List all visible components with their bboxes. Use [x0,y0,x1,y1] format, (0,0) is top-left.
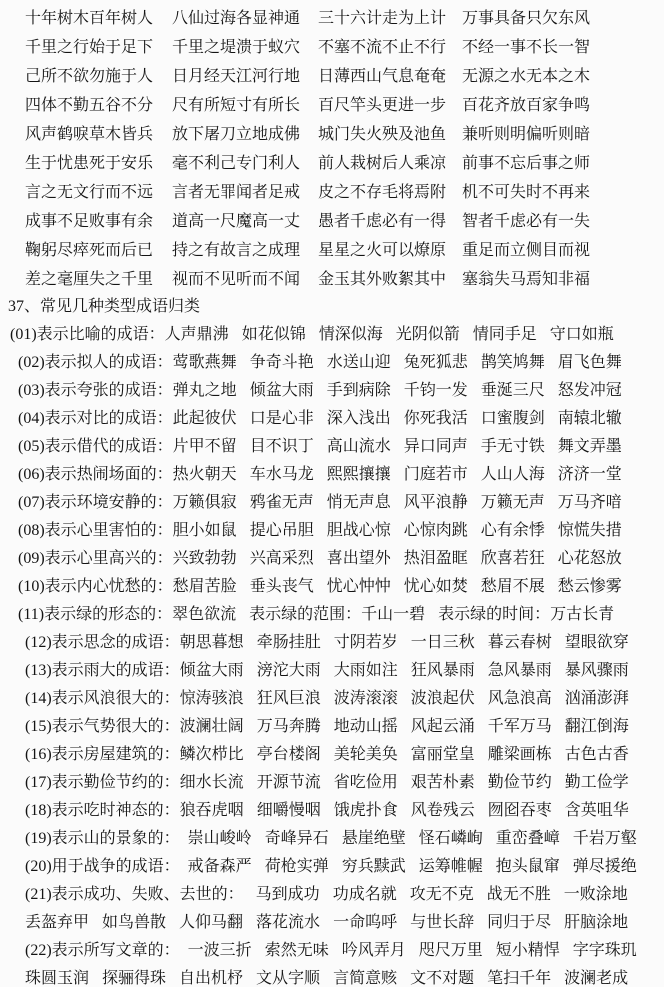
idiom: 南辕北辙 [558,410,622,427]
idiom: 胆战心惊 [327,522,391,539]
category-label: (03)表示夸张的成语： [18,382,173,399]
idiom: 口是心非 [250,410,314,427]
idiom: 车水马龙 [250,466,314,483]
idiom: 人仰马翻 [179,914,243,931]
idiom: 一命呜呼 [333,914,397,931]
proverb-cell: 尺有所短寸有所长 [172,91,318,120]
category-label: (13)表示雨大的成语： [25,662,180,679]
idiom-line: (14)表示风浪很大的：惊涛骇浪狂风巨浪波涛滚滚波浪起伏风急浪高汹涌澎湃 [0,685,664,713]
idiom: 马到成功 [256,886,320,903]
proverb-cell: 万事具备只欠东风 [462,4,664,33]
idiom: 愁眉苦脸 [173,578,237,595]
idiom: 一波三折 [188,942,252,959]
proverb-row: 生于忧患死于安乐毫不利己专门利人前人栽树后人乘凉前事不忘后事之师 [25,149,664,178]
idiom: 吟风弄月 [342,942,406,959]
idiom: 亭台楼阁 [257,746,321,763]
idiom: 悄无声息 [327,494,391,511]
proverb-cell: 机不可失时不再来 [462,178,664,207]
idiom: 与世长辞 [410,914,474,931]
category-label: (19)表示山的景象的： [25,830,188,847]
proverb-grid: 十年树木百年树人八仙过海各显神通三十六计走为上计万事具备只欠东风千里之行始于足下… [0,0,664,294]
proverb-row: 差之毫厘失之千里视而不见听而不闻金玉其外败絮其中塞翁失马焉知非福 [25,265,664,294]
idiom: 垂涎三尺 [481,382,545,399]
idiom-line: (06)表示热闹场面的：热火朝天车水马龙熙熙攘攘门庭若市人山人海济济一堂 [0,461,664,489]
idiom-line: (19)表示山的景象的： 崇山峻岭奇峰异石悬崖绝壁怪石嶙峋重峦叠嶂千岩万壑 [0,825,664,853]
idiom: 热火朝天 [173,466,237,483]
idiom-line: (13)表示雨大的成语：倾盆大雨滂沱大雨大雨如注狂风暴雨急风暴雨暴风骤雨 [0,657,664,685]
proverb-cell: 智者千虑必有一失 [462,207,664,236]
idiom: 波澜壮阔 [180,718,244,735]
proverb-cell: 日月经天江河行地 [172,62,318,91]
idiom: 片甲不留 [173,438,237,455]
proverb-cell: 毫不利己专门利人 [172,149,318,178]
idiom: 眉飞色舞 [558,354,622,371]
idiom: 千钧一发 [404,382,468,399]
proverb-cell: 放下屠刀立地成佛 [172,120,318,149]
proverb-cell: 鞠躬尽瘁死而后已 [25,236,172,265]
idiom: 开源节流 [257,774,321,791]
idiom: 暮云春树 [488,634,552,651]
idiom: 鸦雀无声 [250,494,314,511]
idiom: 战无不胜 [487,886,551,903]
idiom: 波澜老成 [564,970,628,987]
category-label: (10)表示内心忧愁的： [18,578,173,595]
proverb-row: 风声鹤唳草木皆兵放下屠刀立地成佛城门失火殃及池鱼兼听则明偏听则暗 [25,120,664,149]
idiom: 笔扫千年 [487,970,551,987]
idiom-line: (22)表示所写文章的： 一波三折索然无味吟风弄月咫尺万里短小精悍字字珠玑 [0,937,664,965]
idiom: 字字珠玑 [573,942,637,959]
idiom: 崇山峻岭 [188,830,252,847]
idiom: 文从字顺 [256,970,320,987]
idiom: 省吃俭用 [334,774,398,791]
idiom: 风平浪静 [404,494,468,511]
idiom: 古色古香 [565,746,629,763]
proverb-cell: 言之无文行而不远 [25,178,172,207]
idiom: 荷枪实弹 [265,858,329,875]
category-label: (12)表示思念的成语： [25,634,180,651]
idiom: 门庭若市 [404,466,468,483]
idiom: 万马奔腾 [257,718,321,735]
proverb-cell: 十年树木百年树人 [25,4,172,33]
category-label: (22)表示所写文章的： [25,942,188,959]
idiom: 细嚼慢咽 [257,802,321,819]
idiom-line: (17)表示勤俭节约的：细水长流开源节流省吃俭用艰苦朴素勤俭节约勤工俭学 [0,769,664,797]
proverb-cell: 己所不欲勿施于人 [25,62,172,91]
idiom: 珠圆玉润 [25,970,89,987]
idiom: 雕梁画栋 [488,746,552,763]
category-label: (16)表示房屋建筑的： [25,746,180,763]
idiom: 弹尽援绝 [573,858,637,875]
idiom: 愁眉不展 [481,578,545,595]
idiom: 心花怒放 [558,550,622,567]
proverb-cell: 百尺竿头更进一步 [318,91,462,120]
section-heading: 37、常见几种类型成语归类 [0,294,664,320]
idiom: 勤俭节约 [488,774,552,791]
idiom: 一日三秋 [411,634,475,651]
idiom: 千岩万壑 [573,830,637,847]
proverb-cell: 星星之火可以燎原 [318,236,462,265]
idiom: 悬崖绝壁 [342,830,406,847]
idiom: 提心吊胆 [250,522,314,539]
idiom: 异口同声 [404,438,468,455]
idiom: 风急浪高 [488,690,552,707]
idiom: 人山人海 [481,466,545,483]
proverb-cell: 视而不见听而不闻 [172,265,318,294]
proverb-cell: 日薄西山气息奄奄 [318,62,462,91]
idiom: 富丽堂皇 [411,746,475,763]
proverb-row: 十年树木百年树人八仙过海各显神通三十六计走为上计万事具备只欠东风 [25,4,664,33]
idiom: 热泪盈眶 [404,550,468,567]
idiom: 如花似锦 [242,326,306,343]
idiom: 鳞次栉比 [180,746,244,763]
idiom-line: (10)表示内心忧愁的：愁眉苦脸垂头丧气忧心忡忡忧心如焚愁眉不展愁云惨雾 [0,573,664,601]
idiom: 穷兵黩武 [342,858,406,875]
idiom: 大雨如注 [334,662,398,679]
idiom-line: (12)表示思念的成语：朝思暮想牵肠挂肚寸阴若岁一日三秋暮云春树望眼欲穿 [0,629,664,657]
idiom: 舞文弄墨 [558,438,622,455]
proverb-cell: 重足而立侧目而视 [462,236,664,265]
idiom: 深入浅出 [327,410,391,427]
idiom: 戒备森严 [188,858,252,875]
proverb-cell: 三十六计走为上计 [318,4,462,33]
proverb-cell: 兼听则明偏听则暗 [462,120,664,149]
idiom-line: (16)表示房屋建筑的：鳞次栉比亭台楼阁美轮美奂富丽堂皇雕梁画栋古色古香 [0,741,664,769]
proverb-cell: 不塞不流不止不行 [318,33,462,62]
idiom: 勤工俭学 [565,774,629,791]
proverb-cell: 持之有故言之成理 [172,236,318,265]
idiom: 如鸟兽散 [102,914,166,931]
proverb-row: 鞠躬尽瘁死而后已持之有故言之成理星星之火可以燎原重足而立侧目而视 [25,236,664,265]
idiom-line: (04)表示对比的成语：此起彼伏口是心非深入浅出你死我活口蜜腹剑南辕北辙 [0,405,664,433]
idiom: 万籁无声 [481,494,545,511]
category-label: (08)表示心里害怕的： [18,522,173,539]
idiom: 莺歌燕舞 [173,354,237,371]
idiom: 欣喜若狂 [481,550,545,567]
idiom: 惊慌失措 [558,522,622,539]
proverb-cell: 百花齐放百家争鸣 [462,91,664,120]
idiom: 人声鼎沸 [165,326,229,343]
idiom: 目不识丁 [250,438,314,455]
idiom: 情同手足 [473,326,537,343]
idiom: 波浪起伏 [411,690,475,707]
idiom: 自出机杼 [179,970,243,987]
idiom: 万马齐喑 [558,494,622,511]
idiom: 喜出望外 [327,550,391,567]
idiom: 你死我活 [404,410,468,427]
category-label: (11)表示绿的形态的： [18,606,172,623]
idiom-line: (15)表示气势很大的：波澜壮阔万马奔腾地动山摇风起云涌千军万马翻江倒海 [0,713,664,741]
idiom: 心有余悸 [481,522,545,539]
idiom: 牵肠挂肚 [257,634,321,651]
idiom: 千军万马 [488,718,552,735]
idiom: 风卷残云 [411,802,475,819]
idiom: 狼吞虎咽 [180,802,244,819]
idiom: 美轮美奂 [334,746,398,763]
proverb-row: 成事不足败事有余道高一尺魔高一丈愚者千虑必有一得智者千虑必有一失 [25,207,664,236]
proverb-cell: 言者无罪闻者足戒 [172,178,318,207]
idiom: 兔死狐悲 [404,354,468,371]
idiom: 囫囵吞枣 [488,802,552,819]
idiom: 此起彼伏 [173,410,237,427]
idiom-line: (02)表示拟人的成语：莺歌燕舞争奇斗艳水送山迎兔死狐悲鹊笑鸠舞眉飞色舞 [0,349,664,377]
idiom-line: (08)表示心里害怕的：胆小如鼠提心吊胆胆战心惊心惊肉跳心有余悸惊慌失措 [0,517,664,545]
idiom: 汹涌澎湃 [565,690,629,707]
proverb-cell: 千里之堤溃于蚁穴 [172,33,318,62]
idiom: 光阴似箭 [396,326,460,343]
proverb-row: 己所不欲勿施于人日月经天江河行地日薄西山气息奄奄无源之水无本之木 [25,62,664,91]
category-label: (04)表示对比的成语： [18,410,173,427]
idiom: 奇峰异石 [265,830,329,847]
category-label: (01)表示比喻的成语： [10,326,165,343]
document-page: 十年树木百年树人八仙过海各显神通三十六计走为上计万事具备只欠东风千里之行始于足下… [0,0,664,987]
proverb-cell: 不经一事不长一智 [462,33,664,62]
idiom: 寸阴若岁 [334,634,398,651]
idiom-line: (03)表示夸张的成语：弹丸之地倾盆大雨手到病除千钧一发垂涎三尺怒发冲冠 [0,377,664,405]
idiom: 暴风骤雨 [565,662,629,679]
category-label: 表示绿的时间： [438,606,550,623]
category-label: (05)表示借代的成语： [18,438,173,455]
idiom: 济济一堂 [558,466,622,483]
idiom-line: (07)表示环境安静的：万籁俱寂鸦雀无声悄无声息风平浪静万籁无声万马齐喑 [0,489,664,517]
idiom: 索然无味 [265,942,329,959]
proverb-cell: 前事不忘后事之师 [462,149,664,178]
idiom: 弹丸之地 [173,382,237,399]
idiom: 怪石嶙峋 [419,830,483,847]
idiom: 万古长青 [550,606,614,623]
idiom-line: (18)表示吃时神态的：狼吞虎咽细嚼慢咽饿虎扑食风卷残云囫囵吞枣含英咀华 [0,797,664,825]
proverb-cell: 道高一尺魔高一丈 [172,207,318,236]
proverb-cell: 八仙过海各显神通 [172,4,318,33]
proverb-row: 千里之行始于足下千里之堤溃于蚁穴不塞不流不止不行不经一事不长一智 [25,33,664,62]
idiom: 望眼欲穿 [565,634,629,651]
idiom: 同归于尽 [487,914,551,931]
proverb-cell: 金玉其外败絮其中 [318,265,462,294]
idiom: 兴致勃勃 [173,550,237,567]
idiom-line: 珠圆玉润探骊得珠自出机杼文从字顺言简意赅文不对题笔扫千年波澜老成 [0,965,664,987]
idiom: 翠色欲流 [172,606,236,623]
proverb-cell: 成事不足败事有余 [25,207,172,236]
proverb-cell: 差之毫厘失之千里 [25,265,172,294]
category-label: 表示绿的范围： [249,606,361,623]
idiom: 狂风暴雨 [411,662,475,679]
idiom: 探骊得珠 [102,970,166,987]
idiom: 重峦叠嶂 [496,830,560,847]
idiom: 一败涂地 [564,886,628,903]
idiom: 肝脑涂地 [564,914,628,931]
category-label: (14)表示风浪很大的： [25,690,180,707]
idiom: 水送山迎 [327,354,391,371]
idiom-line: (05)表示借代的成语：片甲不留目不识丁高山流水异口同声手无寸铁舞文弄墨 [0,433,664,461]
idiom: 心惊肉跳 [404,522,468,539]
idiom: 忧心如焚 [404,578,468,595]
idiom: 口蜜腹剑 [481,410,545,427]
proverb-cell: 生于忧患死于安乐 [25,149,172,178]
proverb-cell: 城门失火殃及池鱼 [318,120,462,149]
category-label: (20)用于战争的成语： [25,858,188,875]
idiom: 争奇斗艳 [250,354,314,371]
idiom: 攻无不克 [410,886,474,903]
category-label: (17)表示勤俭节约的： [25,774,180,791]
proverb-cell: 前人栽树后人乘凉 [318,149,462,178]
idiom: 鹊笑鸠舞 [481,354,545,371]
idiom: 短小精悍 [496,942,560,959]
category-label: (06)表示热闹场面的： [18,466,173,483]
idiom: 抱头鼠窜 [496,858,560,875]
proverb-cell: 风声鹤唳草木皆兵 [25,120,172,149]
idiom: 狂风巨浪 [257,690,321,707]
idiom: 波涛滚滚 [334,690,398,707]
idiom: 情深似海 [319,326,383,343]
idiom-line: (20)用于战争的成语： 戒备森严荷枪实弹穷兵黩武运筹帷幄抱头鼠窜弹尽援绝 [0,853,664,881]
idiom: 倾盆大雨 [180,662,244,679]
idiom: 手无寸铁 [481,438,545,455]
idiom: 饿虎扑食 [334,802,398,819]
idiom-line: (11)表示绿的形态的：翠色欲流表示绿的范围：千山一碧表示绿的时间：万古长青 [0,601,664,629]
category-label: (15)表示气势很大的： [25,718,180,735]
idiom: 怒发冲冠 [558,382,622,399]
idiom: 丢盔弃甲 [25,914,89,931]
idiom: 千山一碧 [361,606,425,623]
idiom: 手到病除 [327,382,391,399]
proverb-cell: 愚者千虑必有一得 [318,207,462,236]
category-label: (07)表示环境安静的： [18,494,173,511]
idiom-line: 丢盔弃甲如鸟兽散人仰马翻落花流水一命呜呼与世长辞同归于尽肝脑涂地 [0,909,664,937]
idiom: 急风暴雨 [488,662,552,679]
proverb-cell: 千里之行始于足下 [25,33,172,62]
proverb-row: 言之无文行而不远言者无罪闻者足戒皮之不存毛将焉附机不可失时不再来 [25,178,664,207]
idiom: 高山流水 [327,438,391,455]
idiom: 咫尺万里 [419,942,483,959]
idiom: 细水长流 [180,774,244,791]
category-label: (02)表示拟人的成语： [18,354,173,371]
idiom: 落花流水 [256,914,320,931]
idiom: 胆小如鼠 [173,522,237,539]
category-label: (18)表示吃时神态的： [25,802,180,819]
idiom: 功成名就 [333,886,397,903]
idiom: 朝思暮想 [180,634,244,651]
proverb-cell: 无源之水无本之木 [462,62,664,91]
idiom: 垂头丧气 [250,578,314,595]
proverb-cell: 塞翁失马焉知非福 [462,265,664,294]
idiom: 含英咀华 [565,802,629,819]
idiom: 运筹帷幄 [419,858,483,875]
idiom-list: (01)表示比喻的成语：人声鼎沸如花似锦情深似海光阴似箭情同手足守口如瓶(02)… [0,320,664,987]
idiom: 地动山摇 [334,718,398,735]
idiom: 滂沱大雨 [257,662,321,679]
idiom: 惊涛骇浪 [180,690,244,707]
idiom: 忧心忡忡 [327,578,391,595]
proverb-cell: 四体不勤五谷不分 [25,91,172,120]
proverb-row: 四体不勤五谷不分尺有所短寸有所长百尺竿头更进一步百花齐放百家争鸣 [25,91,664,120]
idiom: 愁云惨雾 [558,578,622,595]
idiom: 风起云涌 [411,718,475,735]
idiom: 熙熙攘攘 [327,466,391,483]
idiom: 兴高采烈 [250,550,314,567]
idiom-line: (21)表示成功、失败、去世的： 马到成功功成名就攻无不克战无不胜一败涂地 [0,881,664,909]
proverb-cell: 皮之不存毛将焉附 [318,178,462,207]
idiom: 万籁俱寂 [173,494,237,511]
idiom: 守口如瓶 [550,326,614,343]
idiom-line: (09)表示心里高兴的：兴致勃勃兴高采烈喜出望外热泪盈眶欣喜若狂心花怒放 [0,545,664,573]
idiom-line: (01)表示比喻的成语：人声鼎沸如花似锦情深似海光阴似箭情同手足守口如瓶 [0,321,664,349]
category-label: (09)表示心里高兴的： [18,550,173,567]
idiom: 艰苦朴素 [411,774,475,791]
idiom: 倾盆大雨 [250,382,314,399]
idiom: 翻江倒海 [565,718,629,735]
category-label: (21)表示成功、失败、去世的： [25,886,256,903]
idiom: 文不对题 [410,970,474,987]
idiom: 言简意赅 [333,970,397,987]
